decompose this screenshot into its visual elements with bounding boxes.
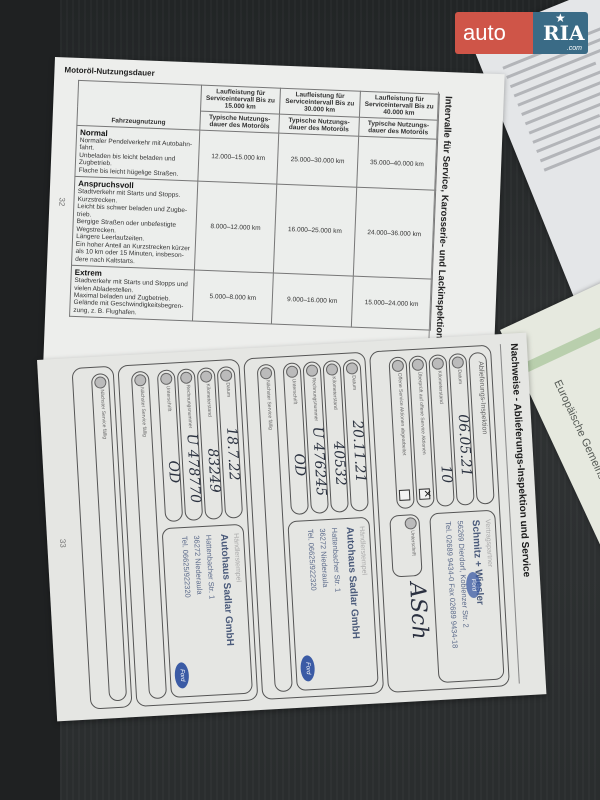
row-value: 5.000–8.000 km (192, 270, 273, 324)
service-card-1: Datum 20.11.21 Kilometerstand 40532 Rech… (243, 352, 384, 700)
section-title: Motoröl-Nutzungsdauer (64, 65, 154, 77)
page-number: 33 (58, 539, 67, 548)
row-description: Normaler Pendelverkehr mit Autobahn-fahr… (79, 137, 193, 178)
service-actions-checked-checkbox[interactable] (419, 488, 431, 500)
mileage-value: 10 (438, 465, 455, 484)
ford-logo-icon: Ford (300, 655, 315, 682)
oil-life-table: Fahrzeugnutzung Laufleistung für Service… (69, 80, 440, 331)
date-value: 20.11.21 (349, 420, 368, 483)
row-value: 16.000–25.000 km (274, 184, 357, 276)
row-value: 8.000–12.000 km (194, 181, 277, 273)
row-description: Stadtverkehr mit Starts und Stopps. Kurz… (75, 188, 190, 264)
ford-logo-icon: Ford (174, 662, 189, 689)
row-description: Stadtverkehr mit Starts und Stopps und v… (73, 277, 188, 316)
date-value: 06.05.21 (455, 414, 474, 477)
booklet-page-33: Nachweise - Ablieferungs-Inspektion und … (37, 333, 546, 722)
row-value: 35.000–40.000 km (356, 136, 437, 190)
service-card-2: Datum 18.7.22 Kilometerstand 83249 Rechn… (117, 359, 258, 707)
table-row: AnspruchsvollStadtverkehr mit Starts und… (72, 177, 436, 279)
row-value: 12.000–15.000 km (198, 130, 279, 184)
row-value: 25.000–30.000 km (277, 133, 358, 187)
watermark-ria: ★ RIA .com (533, 12, 588, 54)
signature: ASch (404, 581, 432, 640)
autoria-watermark: auto ★ RIA .com (455, 12, 588, 54)
delivery-inspection-card: Ablieferungs-Inspektion Datum 06.05.21 K… (369, 345, 510, 693)
watermark-ria-text: RIA (543, 21, 585, 45)
col-interval: Laufleistung für Serviceintervall Bis zu… (359, 91, 439, 120)
col-interval: Laufleistung für Serviceintervall Bis zu… (280, 88, 360, 117)
row-value: 24.000–36.000 km (353, 188, 436, 280)
dealer-stamp: Händlerstempel Autohaus Sadlar GmbH Hatt… (162, 524, 253, 698)
signature-value: OD (291, 453, 308, 477)
service-actions-done-checkbox[interactable] (399, 489, 411, 501)
card-title: Ablieferungs-Inspektion (477, 361, 488, 434)
signature-field: Unterschrift (389, 514, 422, 578)
dealer-stamp: Händlerstempel Autohaus Sadlar GmbH Hatt… (287, 517, 378, 691)
page-number: 32 (57, 197, 66, 206)
watermark-domain: .com (567, 45, 582, 52)
usage-header: Fahrzeugnutzung (77, 80, 201, 130)
col-interval: Laufleistung für Serviceintervall Bis zu… (200, 85, 280, 114)
mileage-value: 83249 (204, 448, 222, 493)
row-value: 15.000–24.000 km (351, 276, 432, 330)
watermark-auto-text: auto (455, 12, 533, 54)
dealer-stamp: Vertragspartner Schmitz + Wiesler 56269 … (429, 510, 504, 683)
date-value: 18.7.22 (223, 427, 242, 481)
row-value: 9.000–16.000 km (272, 273, 353, 327)
signature-value: OD (165, 460, 182, 484)
mileage-value: 40532 (330, 441, 348, 486)
